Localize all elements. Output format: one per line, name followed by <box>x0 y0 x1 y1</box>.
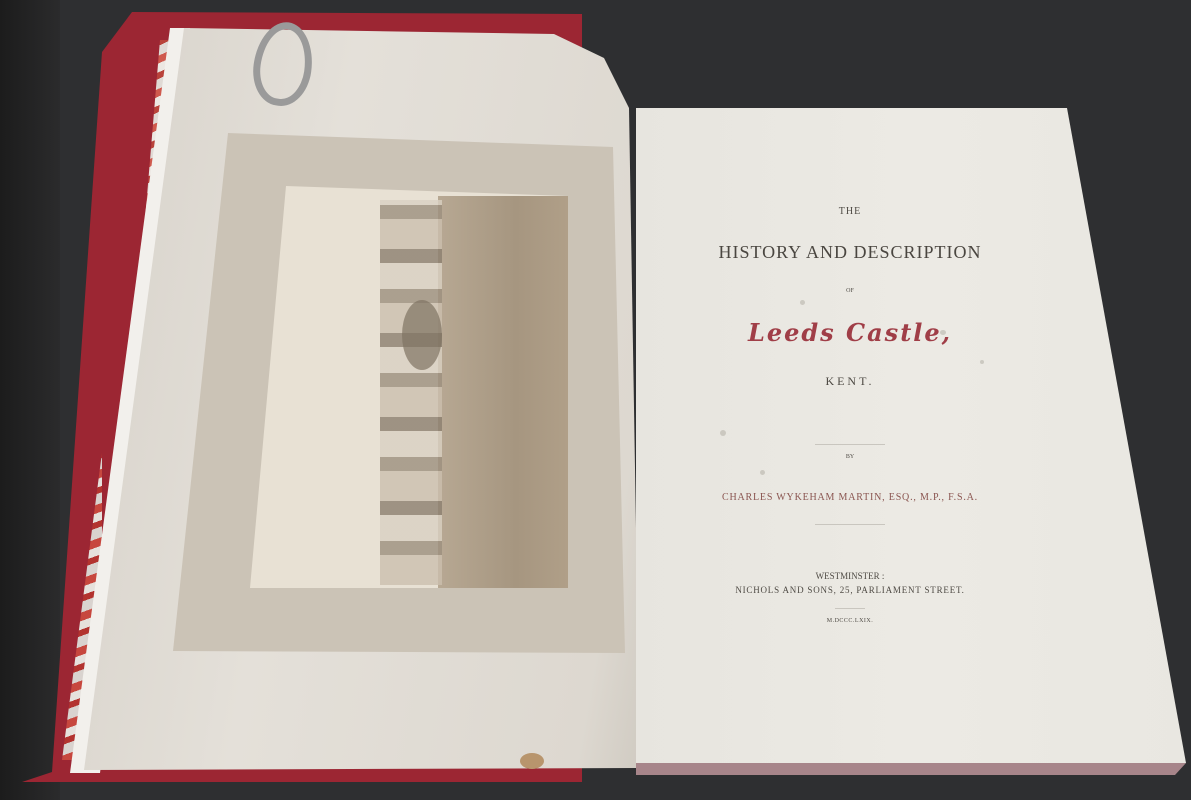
foxing-spot <box>760 470 765 475</box>
foxing-spot <box>800 300 805 305</box>
publication-place: WESTMINSTER : <box>640 571 1060 581</box>
publisher: NICHOLS AND SONS, 25, PARLIAMENT STREET. <box>640 585 1060 595</box>
cover-edge-right <box>636 763 1186 775</box>
foxing-spot <box>980 360 984 364</box>
author: CHARLES WYKEHAM MARTIN, ESQ., M.P., F.S.… <box>640 492 1060 503</box>
foxing-spot <box>720 430 726 436</box>
publication-year: M.DCCC.LXIX. <box>640 618 1060 624</box>
main-title: HISTORY AND DESCRIPTION <box>640 242 1060 263</box>
title-the: THE <box>640 206 1060 217</box>
photo-trees <box>402 300 442 370</box>
photo-lawn <box>438 196 568 588</box>
county: KENT. <box>640 374 1060 389</box>
photo-castle-building <box>380 200 442 585</box>
by-line: BY <box>640 454 1060 460</box>
divider <box>835 608 865 609</box>
divider <box>815 444 885 445</box>
title-of: OF <box>640 288 1060 294</box>
subject-title: Leeds Castle, <box>640 318 1060 347</box>
divider <box>815 524 885 525</box>
page-stain <box>520 753 544 769</box>
table-surface <box>0 0 60 800</box>
